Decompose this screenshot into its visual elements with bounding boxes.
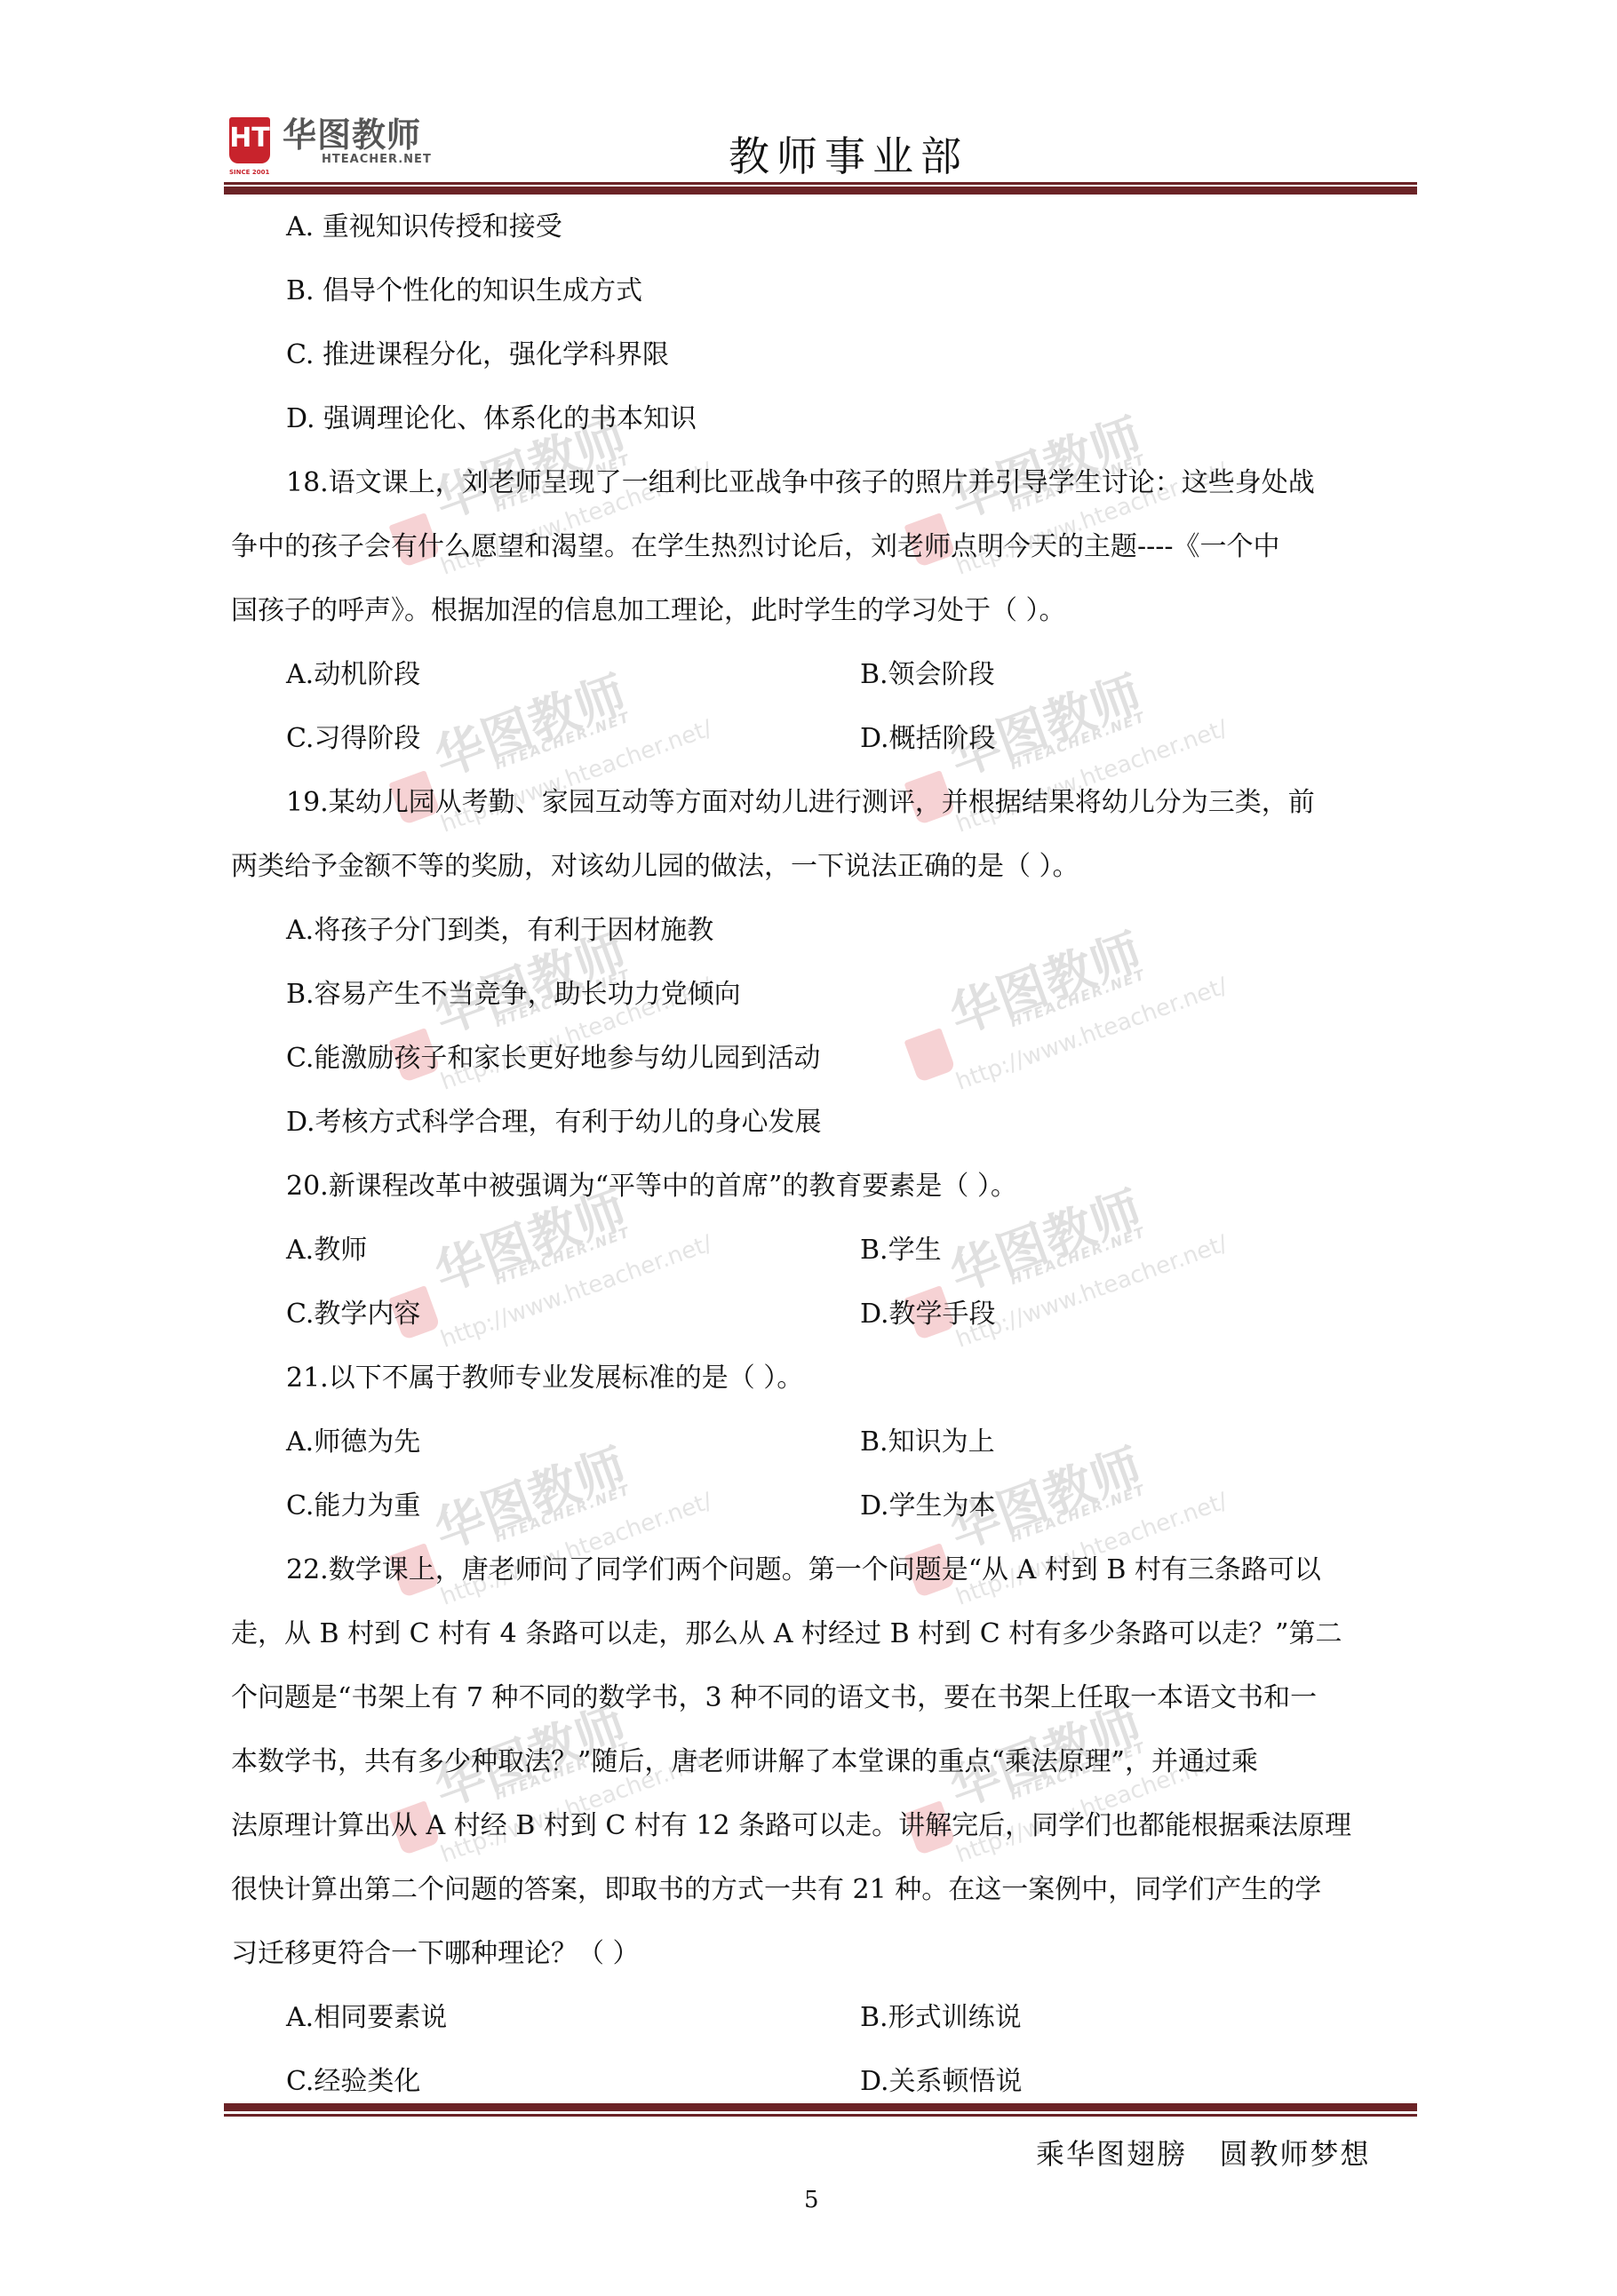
- q21-option-b: B.知识为上: [860, 1426, 995, 1458]
- header-divider: [224, 182, 1417, 185]
- q22-option-d: D.关系顿悟说: [860, 2066, 1023, 2098]
- q20-option-a: A.教师: [286, 1235, 367, 1267]
- q22-stem-line: 22.数学课上，唐老师问了同学们两个问题。第一个问题是“从 A 村到 B 村有三…: [286, 1554, 1321, 1586]
- q19-stem-line: 两类给予金额不等的奖励，对该幼儿园的做法，一下说法正确的是（ ）。: [231, 851, 1079, 883]
- q17-option-d: D. 强调理论化、体系化的书本知识: [286, 403, 697, 435]
- q18-option-a: A.动机阶段: [286, 659, 420, 691]
- document-page: 华图教师 HTEACHER.NET http://www.hteacher.ne…: [0, 0, 1617, 2296]
- q18-stem-line: 18.语文课上，刘老师呈现了一组利比亚战争中孩子的照片并引导学生讨论：这些身处战: [286, 467, 1315, 499]
- q18-option-c: C.习得阶段: [286, 723, 420, 755]
- logo-text: 华图教师 HTEACHER.NET: [283, 117, 432, 166]
- q22-stem-line: 个问题是“书架上有 7 种不同的数学书，3 种不同的语文书，要在书架上任取一本语…: [231, 1682, 1317, 1714]
- q17-option-a: A. 重视知识传授和接受: [286, 211, 562, 243]
- q18-stem-line: 争中的孩子会有什么愿望和渴望。在学生热烈讨论后，刘老师点明今天的主题----《一…: [231, 531, 1280, 563]
- footer-divider: [224, 2114, 1417, 2117]
- q21-option-c: C.能力为重: [286, 1490, 420, 1522]
- watermark: 华图教师 HTEACHER.NET http://www.hteacher.ne…: [358, 1106, 726, 1399]
- watermark-logo-icon: [904, 1028, 955, 1083]
- q18-stem-line: 国孩子的呼声》。根据加涅的信息加工理论，此时学生的学习处于（ ）。: [231, 595, 1066, 627]
- q20-option-c: C.教学内容: [286, 1299, 420, 1331]
- q19-option-c: C.能激励孩子和家长更好地参与幼儿园到活动: [286, 1043, 820, 1075]
- q19-option-d: D.考核方式科学合理，有利于幼儿的身心发展: [286, 1107, 822, 1139]
- q21-stem-line: 21.以下不属于教师专业发展标准的是（ ）。: [286, 1363, 803, 1394]
- page-number: 5: [804, 2187, 819, 2213]
- logo-since: SINCE 2001: [229, 169, 275, 176]
- q17-option-b: B. 倡导个性化的知识生成方式: [286, 275, 642, 307]
- q18-option-d: D.概括阶段: [860, 723, 996, 755]
- brand-logo: HT SINCE 2001 华图教师 HTEACHER.NET: [229, 117, 432, 174]
- q22-option-b: B.形式训练说: [860, 2002, 1022, 2034]
- q20-stem-line: 20.新课程改革中被强调为“平等中的首席”的教育要素是（ ）。: [286, 1171, 1017, 1203]
- logo-badge-icon: HT SINCE 2001: [229, 117, 270, 163]
- q19-stem-line: 19.某幼儿园从考勤、家园互动等方面对幼儿进行测评，并根据结果将幼儿分为三类，前: [286, 787, 1315, 819]
- q19-option-a: A.将孩子分门到类，有利于因材施教: [286, 915, 713, 947]
- header-divider: [224, 187, 1417, 195]
- q20-option-b: B.学生: [860, 1235, 942, 1267]
- q20-option-d: D.教学手段: [860, 1299, 996, 1331]
- footer-divider: [224, 2103, 1417, 2111]
- q22-stem-line: 习迁移更符合一下哪种理论？（ ）: [231, 1938, 640, 1970]
- watermark: 华图教师 HTEACHER.NET http://www.hteacher.ne…: [873, 848, 1241, 1141]
- q22-stem-line: 走，从 B 村到 C 村有 4 条路可以走，那么从 A 村经过 B 村到 C 村…: [231, 1618, 1342, 1650]
- q22-option-c: C.经验类化: [286, 2066, 420, 2098]
- header-title: 教师事业部: [729, 124, 968, 183]
- q22-option-a: A.相同要素说: [286, 2002, 447, 2034]
- q21-option-d: D.学生为本: [860, 1490, 996, 1522]
- q21-option-a: A.师德为先: [286, 1426, 420, 1458]
- q18-option-b: B.领会阶段: [860, 659, 995, 691]
- logo-name-en: HTEACHER.NET: [322, 153, 432, 166]
- q22-stem-line: 很快计算出第二个问题的答案，即取书的方式一共有 21 种。在这一案例中，同学们产…: [231, 1874, 1321, 1906]
- logo-name-cn: 华图教师: [283, 117, 432, 153]
- footer-slogan: 乘华图翅膀 圆教师梦想: [1036, 2132, 1371, 2173]
- q22-stem-line: 本数学书，共有多少种取法？”随后，唐老师讲解了本堂课的重点“乘法原理”，并通过乘: [231, 1746, 1258, 1778]
- q22-stem-line: 法原理计算出从 A 村经 B 村到 C 村有 12 条路可以走。讲解完后，同学们…: [231, 1810, 1351, 1842]
- q19-option-b: B.容易产生不当竞争，助长功力党倾向: [286, 979, 741, 1011]
- q17-option-c: C. 推进课程分化，强化学科界限: [286, 339, 669, 371]
